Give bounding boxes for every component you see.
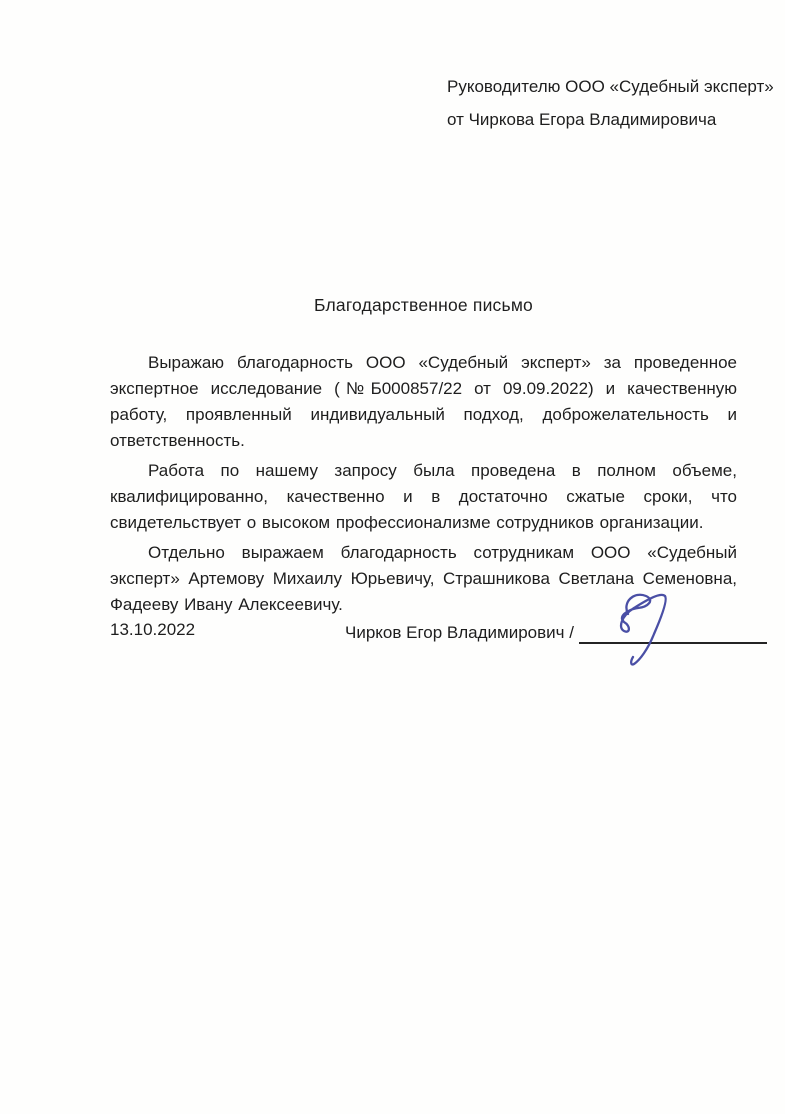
signature-block: Чирков Егор Владимирович / (345, 620, 767, 644)
signature-underline (579, 620, 767, 644)
date-signature-row: 13.10.2022 Чирков Егор Владимирович / (110, 618, 737, 688)
paragraph-gratitude: Выражаю благодарность ООО «Судебный эксп… (110, 350, 737, 454)
letter-body: Выражаю благодарность ООО «Судебный эксп… (110, 350, 737, 622)
letter-page: Руководителю ООО «Судебный эксперт» от Ч… (0, 0, 785, 1114)
recipient-line-1: Руководителю ООО «Судебный эксперт» (447, 70, 774, 103)
handwritten-signature (603, 586, 683, 670)
document-title: Благодарственное письмо (110, 295, 737, 316)
recipient-block: Руководителю ООО «Судебный эксперт» от Ч… (447, 70, 774, 136)
paragraph-work-quality: Работа по нашему запросу была проведена … (110, 458, 737, 536)
signature-stroke (621, 595, 666, 665)
signatory-name: Чирков Егор Владимирович / (345, 623, 574, 642)
recipient-line-2: от Чиркова Егора Владимировича (447, 103, 774, 136)
document-date: 13.10.2022 (110, 620, 195, 640)
